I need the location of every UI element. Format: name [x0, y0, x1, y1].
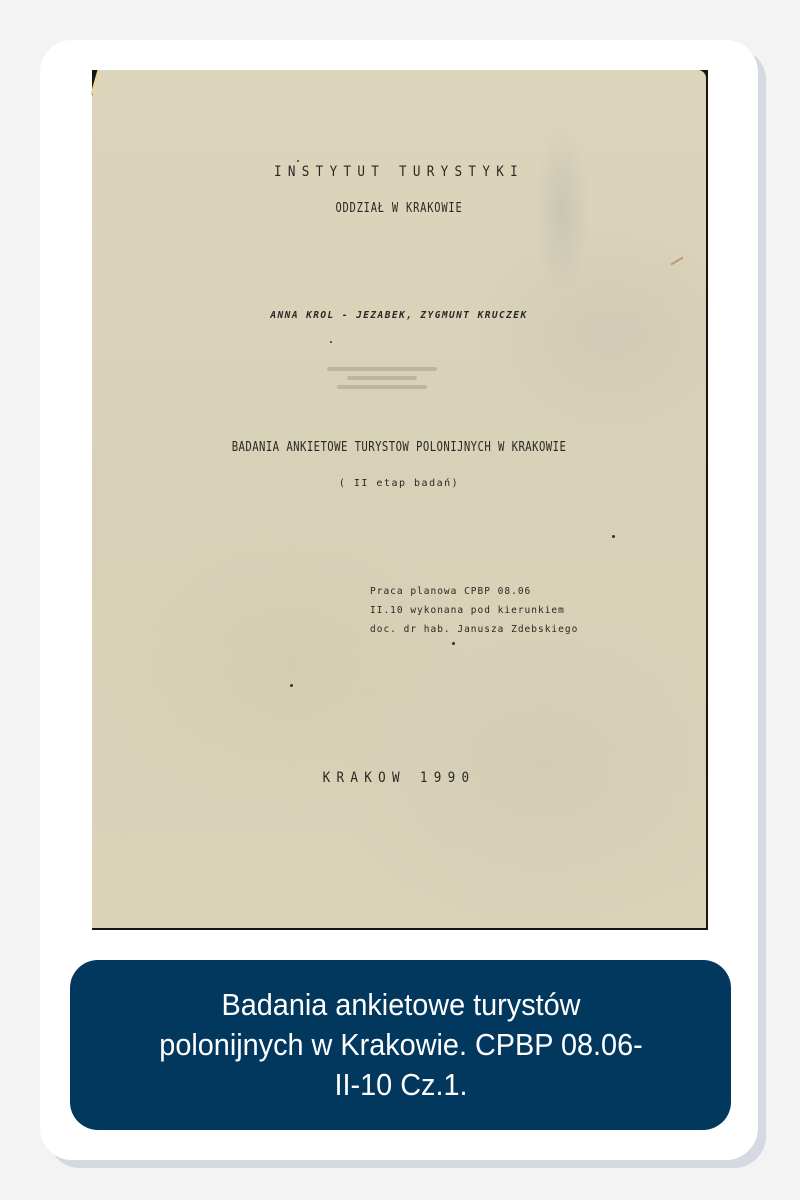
- document-stage: ( II etap badań): [92, 478, 706, 489]
- paper-scratch: [670, 257, 683, 266]
- document-title: BADANIA ANKIETOWE TURYSTOW POLONIJNYCH W…: [147, 440, 650, 455]
- authors: ANNA KROL - JEZABEK, ZYGMUNT KRUCZEK: [107, 310, 690, 321]
- title-page: INSTYTUT TURYSTYKI ODDZIAŁ W KRAKOWIE AN…: [92, 70, 706, 928]
- place-and-year: KRAKOW 1990: [123, 770, 676, 786]
- caption-banner[interactable]: Badania ankietowe turystów polonijnych w…: [70, 960, 731, 1130]
- institute-name: INSTYTUT TURYSTYKI: [123, 164, 676, 180]
- paper-speck: [297, 160, 299, 162]
- plan-line: Praca planowa CPBP 08.06: [370, 582, 531, 601]
- plan-line: doc. dr hab. Janusza Zdebskiego: [370, 620, 578, 639]
- institute-branch: ODDZIAŁ W KRAKOWIE: [153, 201, 644, 216]
- paper-speck: [612, 535, 615, 538]
- plan-line: II.10 wykonana pod kierunkiem: [370, 601, 565, 620]
- paper-speck: [290, 684, 293, 687]
- paper-speck: [452, 642, 455, 645]
- library-stamp-bleedthrough: [322, 362, 442, 400]
- document-scan-image[interactable]: INSTYTUT TURYSTYKI ODDZIAŁ W KRAKOWIE AN…: [92, 70, 708, 930]
- paper-speck: [330, 341, 332, 343]
- caption-title: Badania ankietowe turystów polonijnych w…: [149, 985, 651, 1105]
